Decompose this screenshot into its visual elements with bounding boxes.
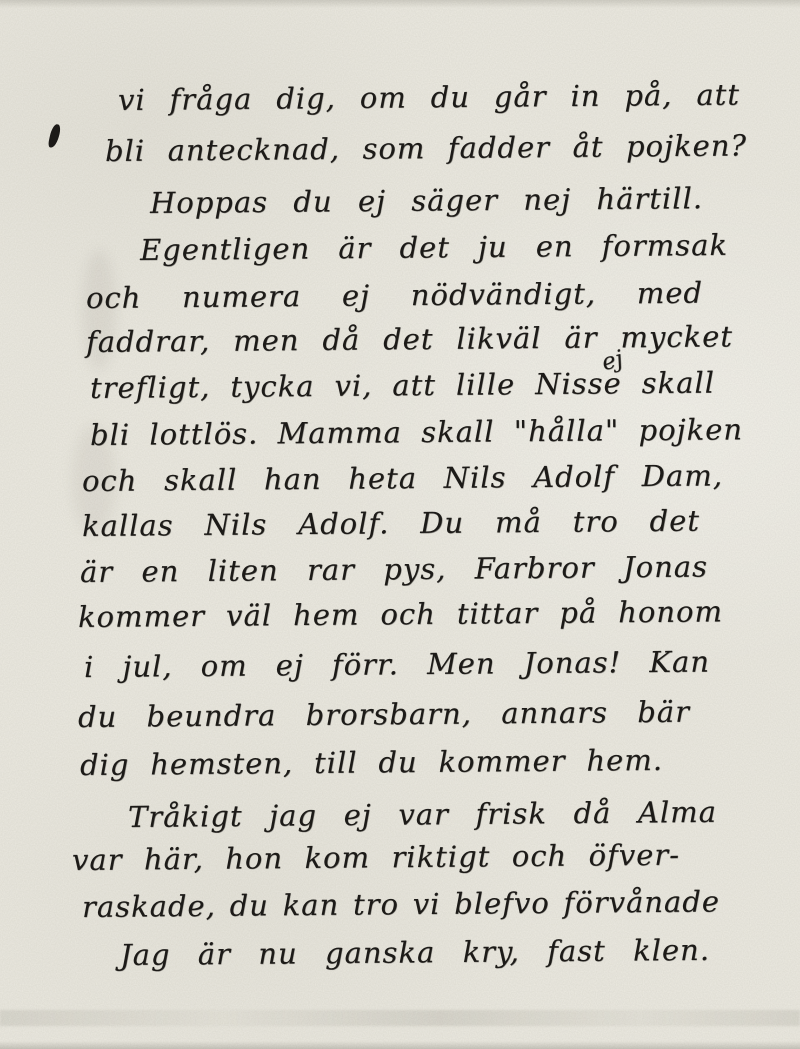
handwritten-line: och numera ej nödvändigt, med (86, 275, 703, 316)
ink-blot (48, 123, 62, 148)
handwritten-line: i jul, om ej förr. Men Jonas! Kan (84, 644, 710, 685)
scanned-letter-page: vi fråga dig, om du går in på, att bli a… (0, 0, 800, 1049)
handwritten-line: var här, hon kom riktigt och öfver- (72, 837, 680, 878)
handwritten-line: bli lottlös. Mamma skall "hålla" pojken (90, 411, 743, 453)
handwritten-line: du beundra brorsbarn, annars bär (78, 694, 690, 735)
handwritten-line: kallas Nils Adolf. Du må tro det (82, 503, 700, 544)
handwritten-line: raskade, du kan tro vi blefvo förvånade (82, 883, 720, 925)
handwritten-line: Jag är nu ganska kry, fast klen. (120, 932, 710, 973)
handwritten-line: Tråkigt jag ej var frisk då Alma (128, 794, 717, 835)
handwritten-line: vi fråga dig, om du går in på, att (118, 77, 740, 118)
handwritten-line: bli antecknad, som fadder åt pojken? (105, 127, 747, 169)
handwritten-line: Hoppas du ej säger nej härtill. (150, 180, 703, 221)
handwritten-line: och skall han heta Nils Adolf Dam, (82, 457, 723, 499)
scan-artifact-band (0, 1010, 800, 1026)
scan-edge-bottom (0, 1041, 800, 1049)
handwritten-line: faddrar, men då det likväl är mycket (86, 318, 733, 360)
handwritten-line: dig hemsten, till du kommer hem. (80, 742, 663, 783)
handwritten-line: kommer väl hem och tittar på honom (78, 593, 723, 635)
scan-edge-top (0, 0, 800, 8)
handwritten-line: är en liten rar pys, Farbror Jonas (80, 549, 708, 590)
handwritten-line: Egentligen är det ju en formsak (140, 227, 728, 268)
